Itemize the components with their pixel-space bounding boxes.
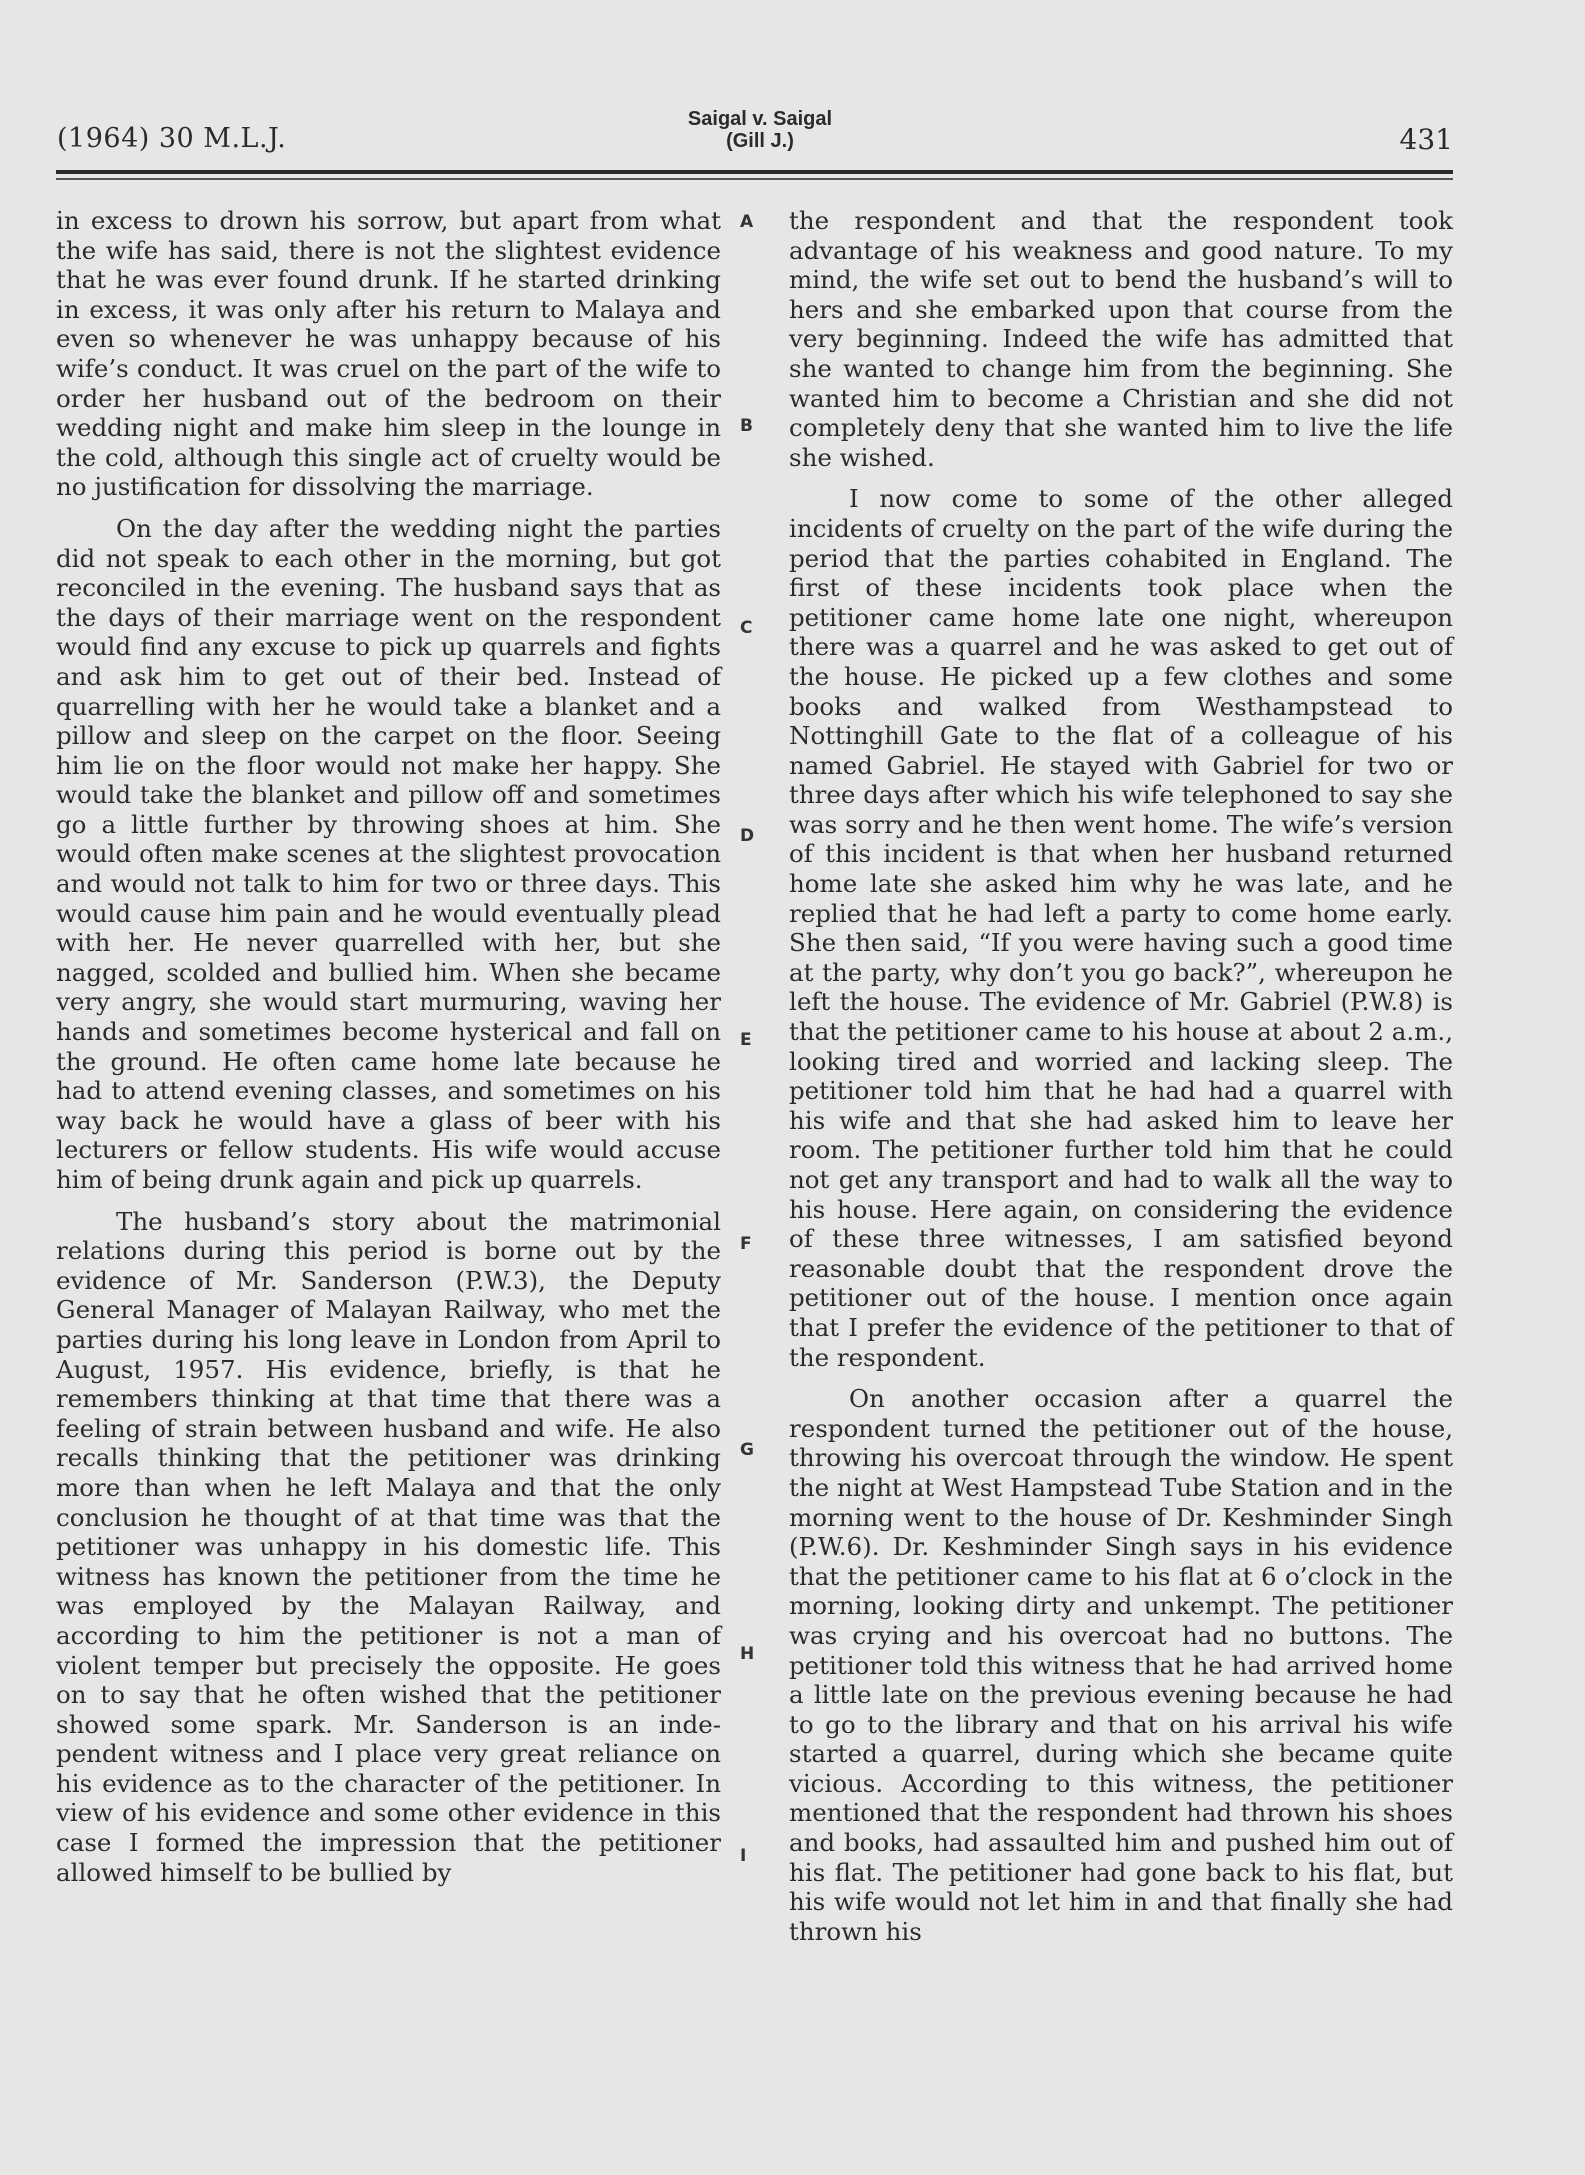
page-number: 431 <box>1380 123 1453 156</box>
margin-letter-i: I <box>740 1846 746 1866</box>
margin-letter-c: C <box>740 618 752 638</box>
citation: (1964) 30 M.L.J. <box>57 123 286 154</box>
margin-letter-b: B <box>740 416 753 436</box>
margin-letter-g: G <box>740 1440 754 1460</box>
header-rule-thick <box>56 170 1453 174</box>
paragraph: The husband’s story about the matrimonia… <box>56 1207 721 1888</box>
paragraph: in excess to drown his sorrow, but apart… <box>56 206 721 502</box>
paragraph: I now come to some of the other alleged … <box>789 484 1453 1372</box>
running-title: Saigal v. Saigal (Gill J.) <box>600 108 920 152</box>
left-column: in excess to drown his sorrow, but apart… <box>56 206 721 1899</box>
margin-letter-h: H <box>740 1644 754 1664</box>
paragraph: On another occasion after a quarrel the … <box>789 1384 1453 1946</box>
margin-letter-a: A <box>740 212 753 232</box>
margin-letter-e: E <box>740 1030 752 1050</box>
paragraph: On the day after the wedding night the p… <box>56 514 721 1195</box>
margin-letter-d: D <box>740 826 754 846</box>
right-column: the respondent and that the respondent t… <box>789 206 1453 1958</box>
judge-name: (Gill J.) <box>600 130 920 152</box>
paragraph: the respondent and that the respondent t… <box>789 206 1453 472</box>
case-title: Saigal v. Saigal <box>600 108 920 130</box>
margin-letter-f: F <box>740 1234 752 1254</box>
header-rule-thin <box>56 178 1453 180</box>
